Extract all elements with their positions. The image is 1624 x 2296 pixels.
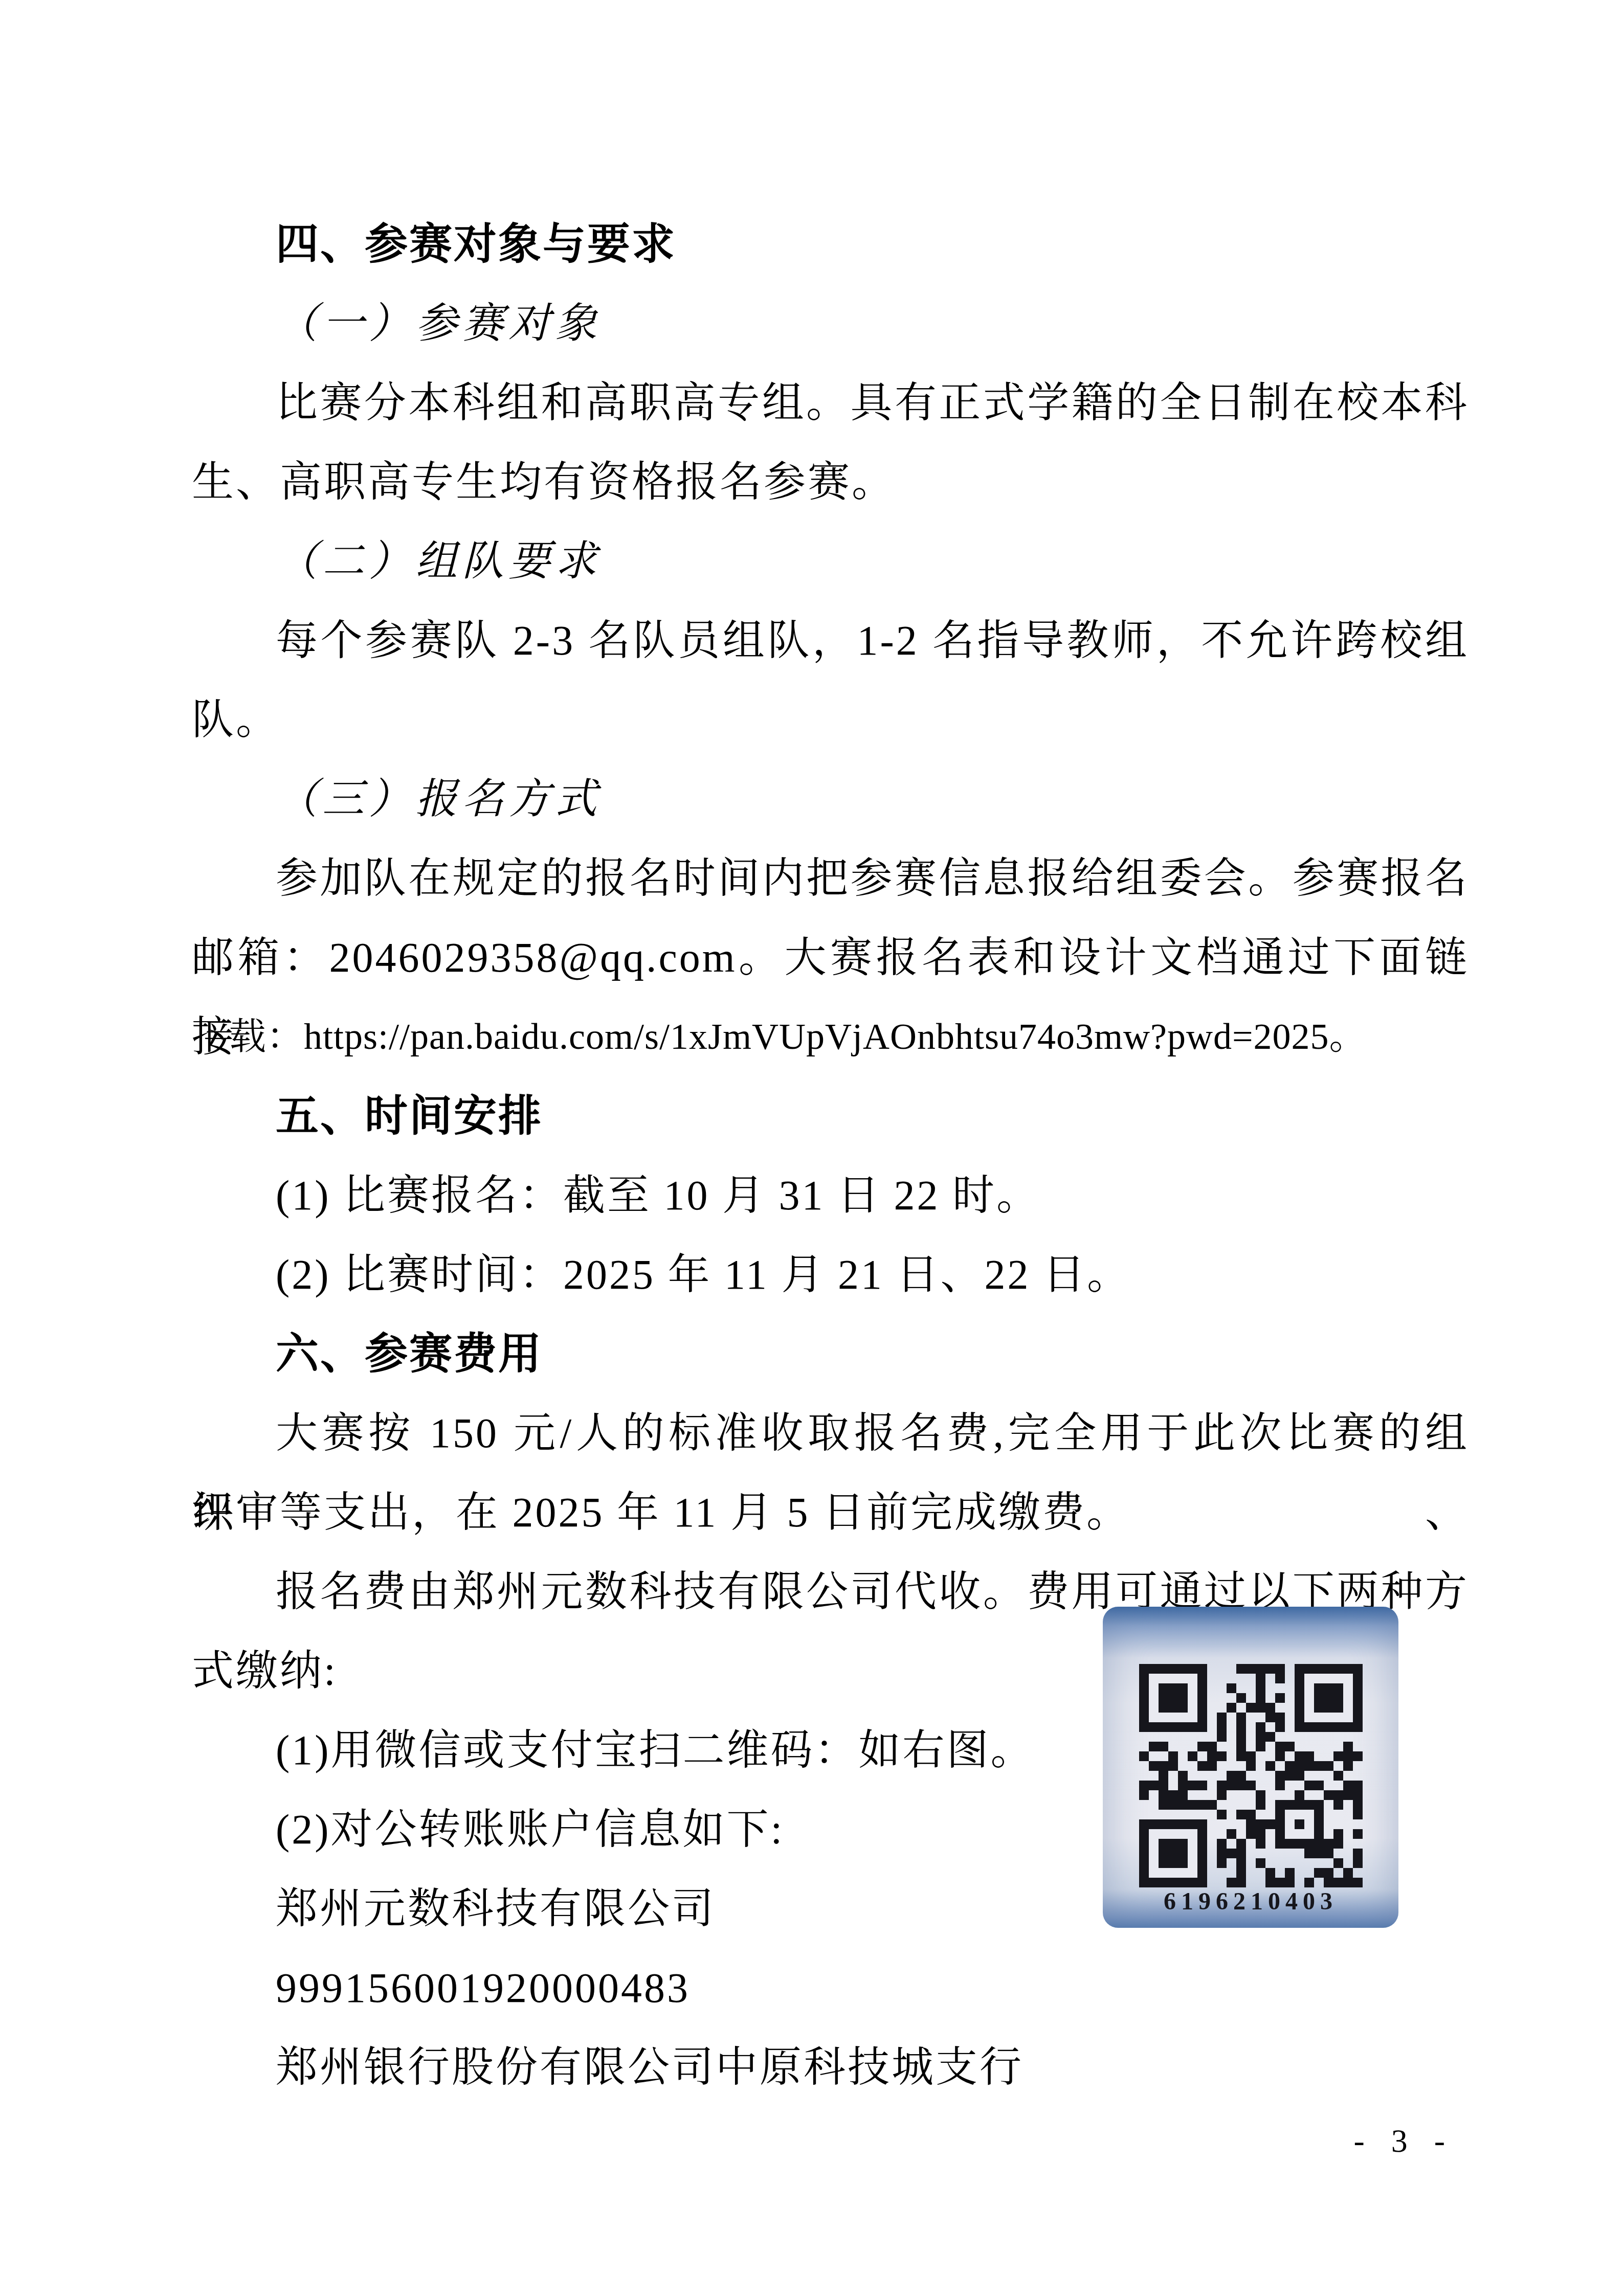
section-heading: 六、参赛费用 xyxy=(192,1314,1469,1393)
qr-caption: 6196210403 xyxy=(1103,1887,1398,1916)
document-page: 四、参赛对象与要求（一）参赛对象比赛分本科组和高职高专组。具有正式学籍的全日制在… xyxy=(0,0,1624,2296)
qr-code-icon xyxy=(1139,1664,1363,1887)
section-heading: 五、时间安排 xyxy=(192,1076,1469,1156)
text-line: 邮箱：2046029358@qq.com。大赛报名表和设计文档通过下面链接 xyxy=(192,918,1469,997)
text-line: 参加队在规定的报名时间内把参赛信息报给组委会。参赛报名 xyxy=(192,839,1469,918)
text-line: (2) 比赛时间：2025 年 11 月 21 日、22 日。 xyxy=(192,1235,1469,1314)
text-line: 比赛分本科组和高职高专组。具有正式学籍的全日制在校本科 xyxy=(192,363,1469,442)
text-line: 下载：https://pan.baidu.com/s/1xJmVUpVjAOnb… xyxy=(192,997,1469,1076)
qr-payment-sticker: 6196210403 xyxy=(1103,1607,1398,1928)
text-line: 大赛按 150 元/人的标准收取报名费,完全用于此次比赛的组织、 xyxy=(192,1393,1469,1473)
page-number: - 3 - xyxy=(1353,2122,1454,2160)
text-line: (1) 比赛报名：截至 10 月 31 日 22 时。 xyxy=(192,1156,1469,1235)
section-heading: 四、参赛对象与要求 xyxy=(192,205,1469,284)
sub-heading: （三）报名方式 xyxy=(192,759,1469,839)
sub-heading: （一）参赛对象 xyxy=(192,284,1469,363)
text-line: 郑州银行股份有限公司中原科技城支行 xyxy=(192,2028,1469,2107)
text-line: 生、高职高专生均有资格报名参赛。 xyxy=(192,442,1469,522)
text-line: 每个参赛队 2-3 名队员组队，1-2 名指导教师，不允许跨校组 xyxy=(192,601,1469,680)
text-line: 队。 xyxy=(192,680,1469,759)
sub-heading: （二）组队要求 xyxy=(192,522,1469,601)
text-line: 999156001920000483 xyxy=(192,1948,1469,2028)
